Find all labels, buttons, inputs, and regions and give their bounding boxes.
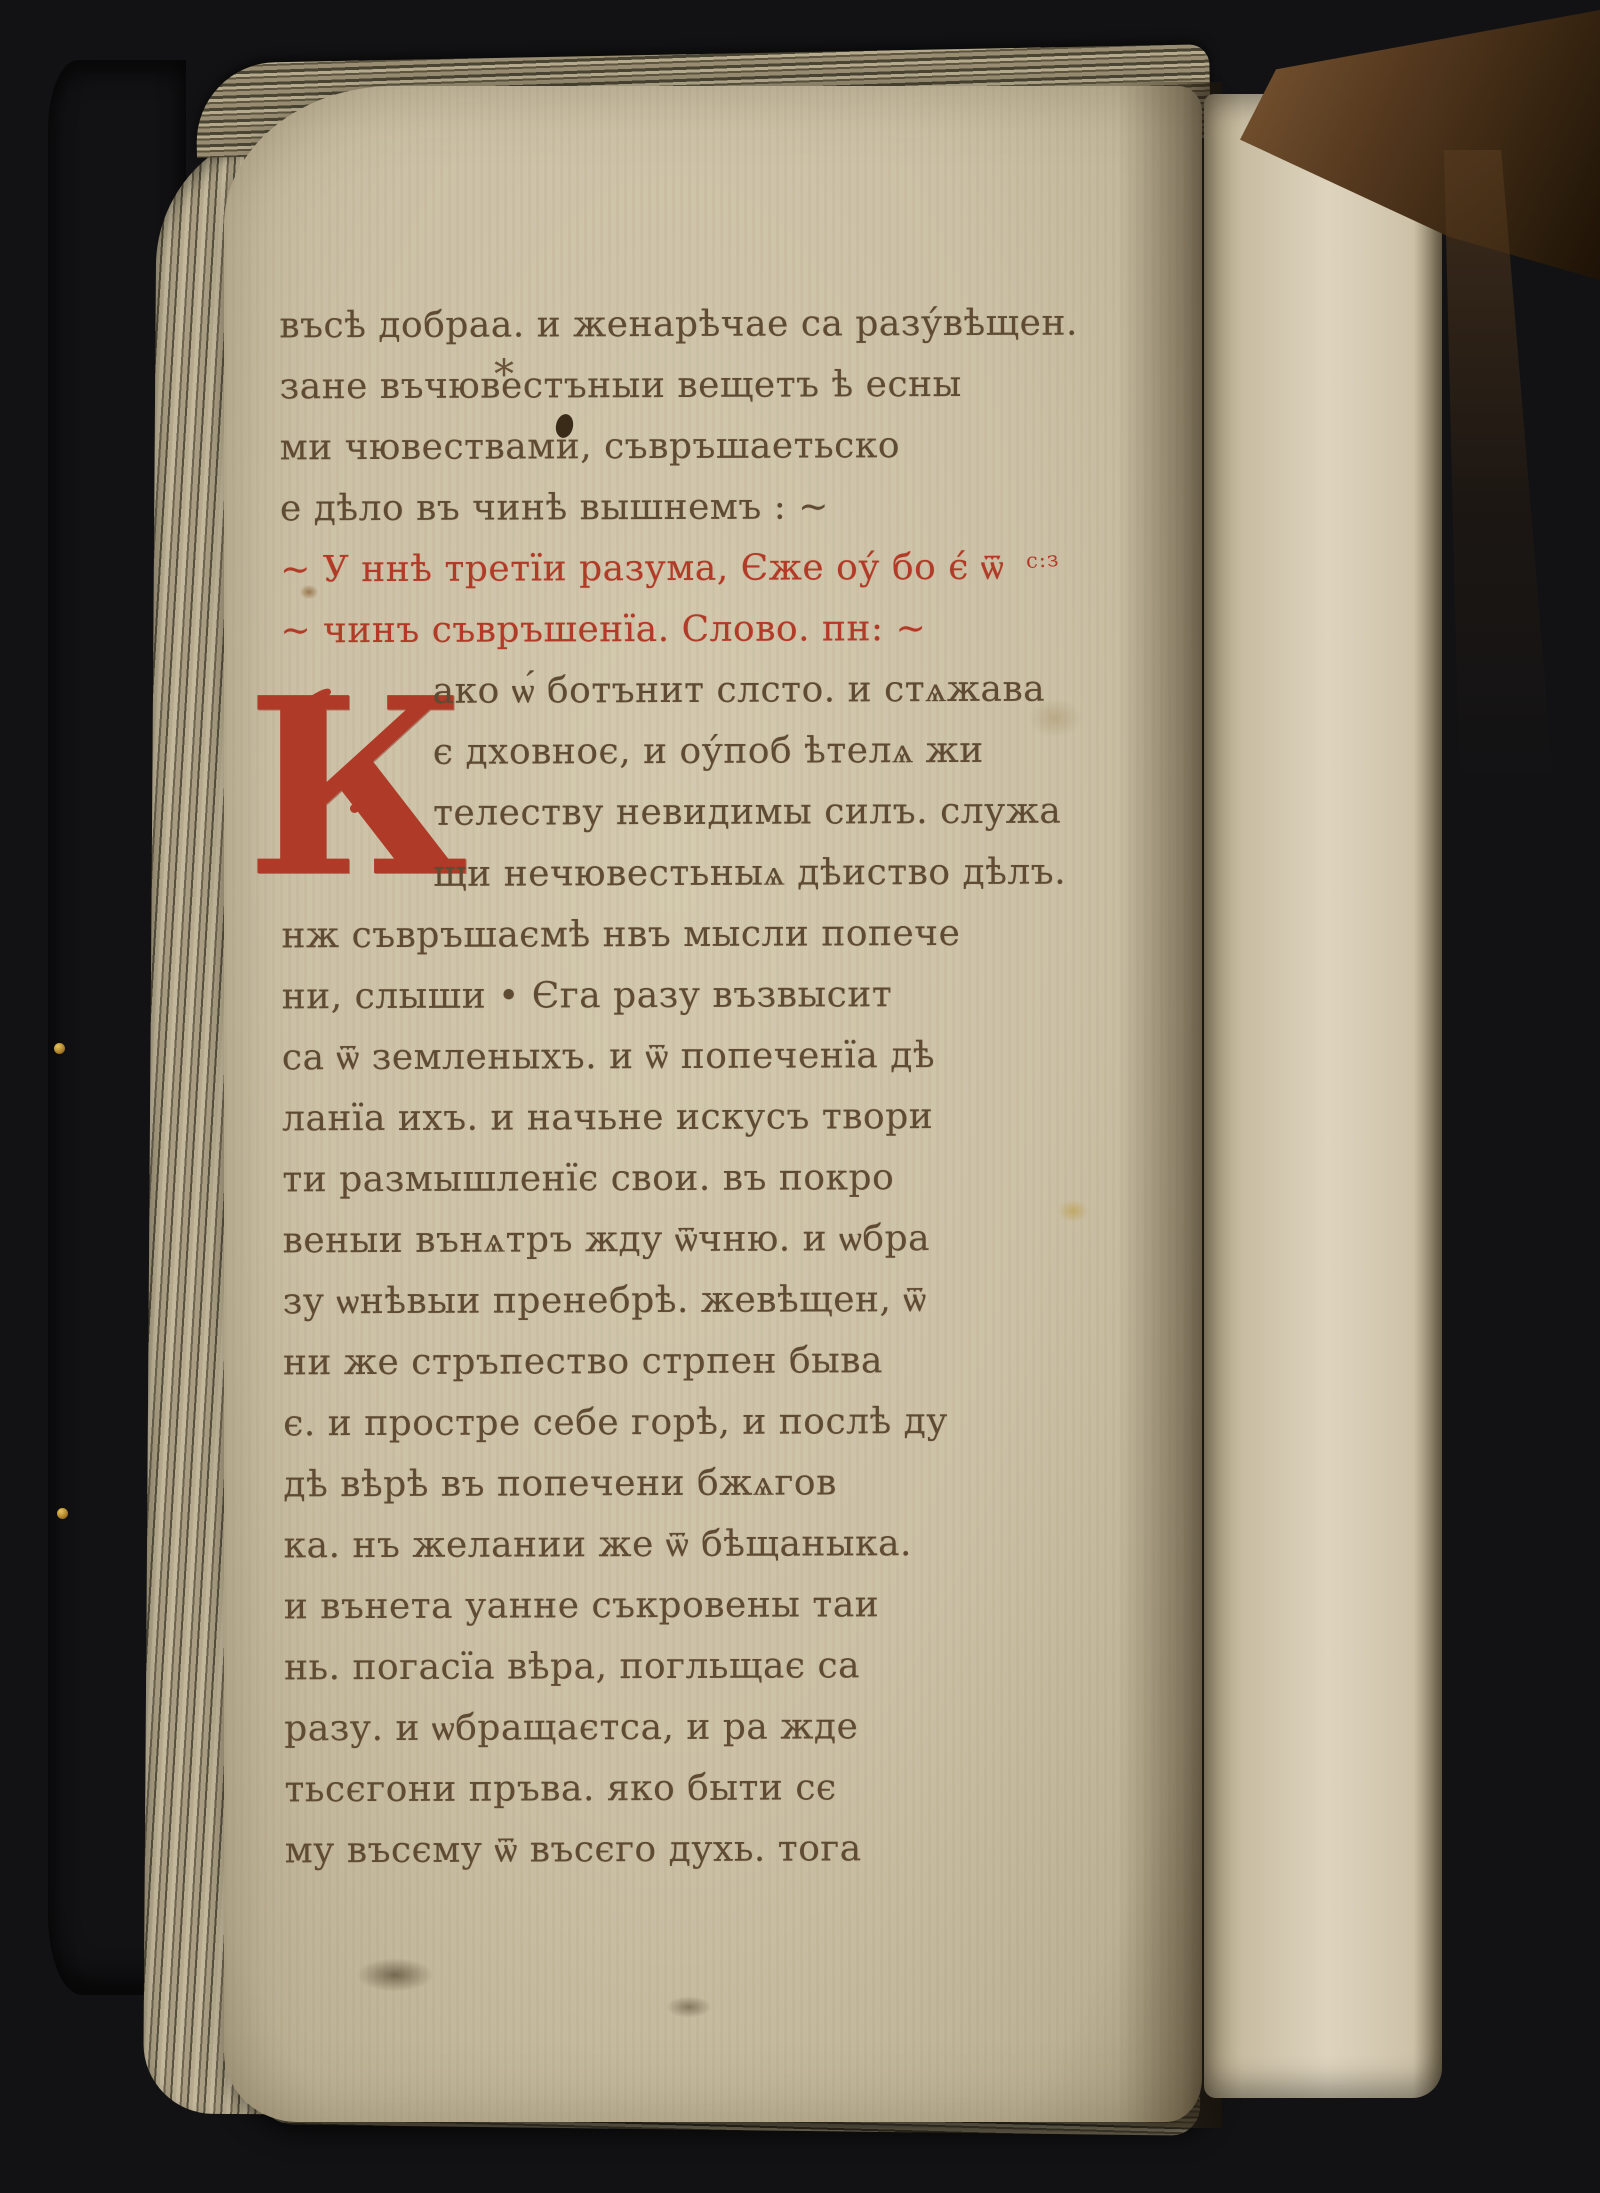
text-line-content: зане въчювестъныи вещетъ ѣ есны — [279, 364, 961, 407]
text-line: са ѿ земленыхъ. и ѿ попеченїа дѣ — [282, 1025, 1052, 1089]
text-line-content: му въсєму ѿ въсєго духь. тога — [285, 1828, 862, 1871]
text-line: разу. и ѡбращаєтса, и ра жде — [284, 1696, 1054, 1760]
text-line-content: тьсєгони пръва. яко быти сє — [284, 1767, 836, 1810]
text-line-content: ~ У ннѣ третїи разума, Єже оу́ бо є́ ѿ — [280, 547, 1004, 591]
brass-nail — [57, 1508, 68, 1519]
photo-background: К * с:з въсѣ добраа. и женарѣчае са разу… — [0, 0, 1600, 2193]
text-line-content: телеству невидимы силъ. служа — [433, 791, 1061, 834]
text-line: е дѣло въ чинѣ вышнемъ : ~ — [280, 476, 1050, 540]
text-line: є дховноє, и оу́поб ѣтелѧ жи — [281, 720, 1051, 784]
text-line: нж съвръшаємѣ нвъ мысли попече — [281, 903, 1051, 967]
text-line-content: нь. погасїа вѣра, погльщає са — [284, 1645, 860, 1688]
text-line-content: нж съвръшаємѣ нвъ мысли попече — [281, 913, 960, 956]
text-line: ~ У ннѣ третїи разума, Єже оу́ бо є́ ѿ — [280, 537, 1050, 601]
text-line: є. и простре себе горѣ, и послѣ ду — [283, 1391, 1053, 1455]
text-line: телеству невидимы силъ. служа — [281, 781, 1051, 845]
text-line-content: е дѣло въ чинѣ вышнемъ : ~ — [280, 486, 829, 529]
text-line: нь. погасїа вѣра, погльщає са — [284, 1635, 1054, 1699]
text-line-content: дѣ вѣрѣ въ попечени бжѧгов — [283, 1462, 837, 1505]
text-line: щи нечювестьныѧ дѣиство дѣлъ. — [281, 842, 1051, 906]
text-line-content: разу. и ѡбращаєтса, и ра жде — [284, 1706, 858, 1749]
text-line-content: са ѿ земленыхъ. и ѿ попеченїа дѣ — [282, 1035, 935, 1078]
text-line-content: ни же стръпество стрпен быва — [283, 1340, 883, 1383]
brass-nail — [54, 1043, 65, 1054]
text-line: ми чювествами, съвръшаетьско — [280, 415, 1050, 479]
text-line-content: ни, слыши • Єга разу възвысит — [282, 974, 893, 1017]
text-line: дѣ вѣрѣ въ попечени бжѧгов — [283, 1452, 1053, 1516]
text-line-content: и вънета уанне съкровены таи — [284, 1584, 880, 1627]
text-line-content: зу ѡнѣвыи пренебрѣ. жевѣщен, ѿ — [283, 1279, 927, 1322]
text-line-content: ако ѡ́ ботънит слсто. и стѧжава — [433, 669, 1046, 712]
text-line-content: ти размышленїє свои. въ покро — [282, 1157, 894, 1200]
text-line: зу ѡнѣвыи пренебрѣ. жевѣщен, ѿ — [283, 1269, 1053, 1333]
text-line-content: ми чювествами, съвръшаетьско — [280, 425, 900, 468]
facing-page-strip — [1204, 94, 1442, 2098]
text-line: ка. нъ желании же ѿ бѣщаныка. — [283, 1513, 1053, 1577]
text-line: тьсєгони пръва. яко быти сє — [284, 1757, 1054, 1821]
text-line: зане въчювестъныи вещетъ ѣ есны — [279, 354, 1049, 418]
text-line-content: ка. нъ желании же ѿ бѣщаныка. — [284, 1523, 912, 1566]
text-line-content: въсѣ добраа. и женарѣчае са разу́вѣщен. — [279, 303, 1078, 347]
text-line: ти размышленїє свои. въ покро — [282, 1147, 1052, 1211]
text-line-content: веныи вънѧтръ жду ѿчню. и ѡбра — [282, 1218, 930, 1261]
text-line: въсѣ добраа. и женарѣчае са разу́вѣщен. — [279, 293, 1049, 357]
text-line-content: є. и простре себе горѣ, и послѣ ду — [283, 1401, 948, 1444]
text-line: му въсєму ѿ въсєго духь. тога — [285, 1818, 1055, 1882]
text-line-content: щи нечювестьныѧ дѣиство дѣлъ. — [433, 852, 1066, 895]
text-line: и вънета уанне съкровены таи — [284, 1574, 1054, 1638]
text-line: ако ѡ́ ботънит слсто. и стѧжава — [281, 659, 1051, 723]
text-line: ни же стръпество стрпен быва — [283, 1330, 1053, 1394]
text-line: ~ чинъ съвръшенїа. Слово. пн: ~ — [280, 598, 1050, 662]
text-line: веныи вънѧтръ жду ѿчню. и ѡбра — [282, 1208, 1052, 1272]
text-line-content: ~ чинъ съвръшенїа. Слово. пн: ~ — [280, 608, 926, 651]
text-line-content: ланїа ихъ. и начьне искусъ твори — [282, 1096, 933, 1139]
text-block: въсѣ добраа. и женарѣчае са разу́вѣщен. … — [279, 293, 1055, 1882]
text-line: ни, слыши • Єга разу възвысит — [282, 964, 1052, 1028]
text-line-content: є дховноє, и оу́поб ѣтелѧ жи — [433, 730, 984, 773]
text-line: ланїа ихъ. и начьне искусъ твори — [282, 1086, 1052, 1150]
